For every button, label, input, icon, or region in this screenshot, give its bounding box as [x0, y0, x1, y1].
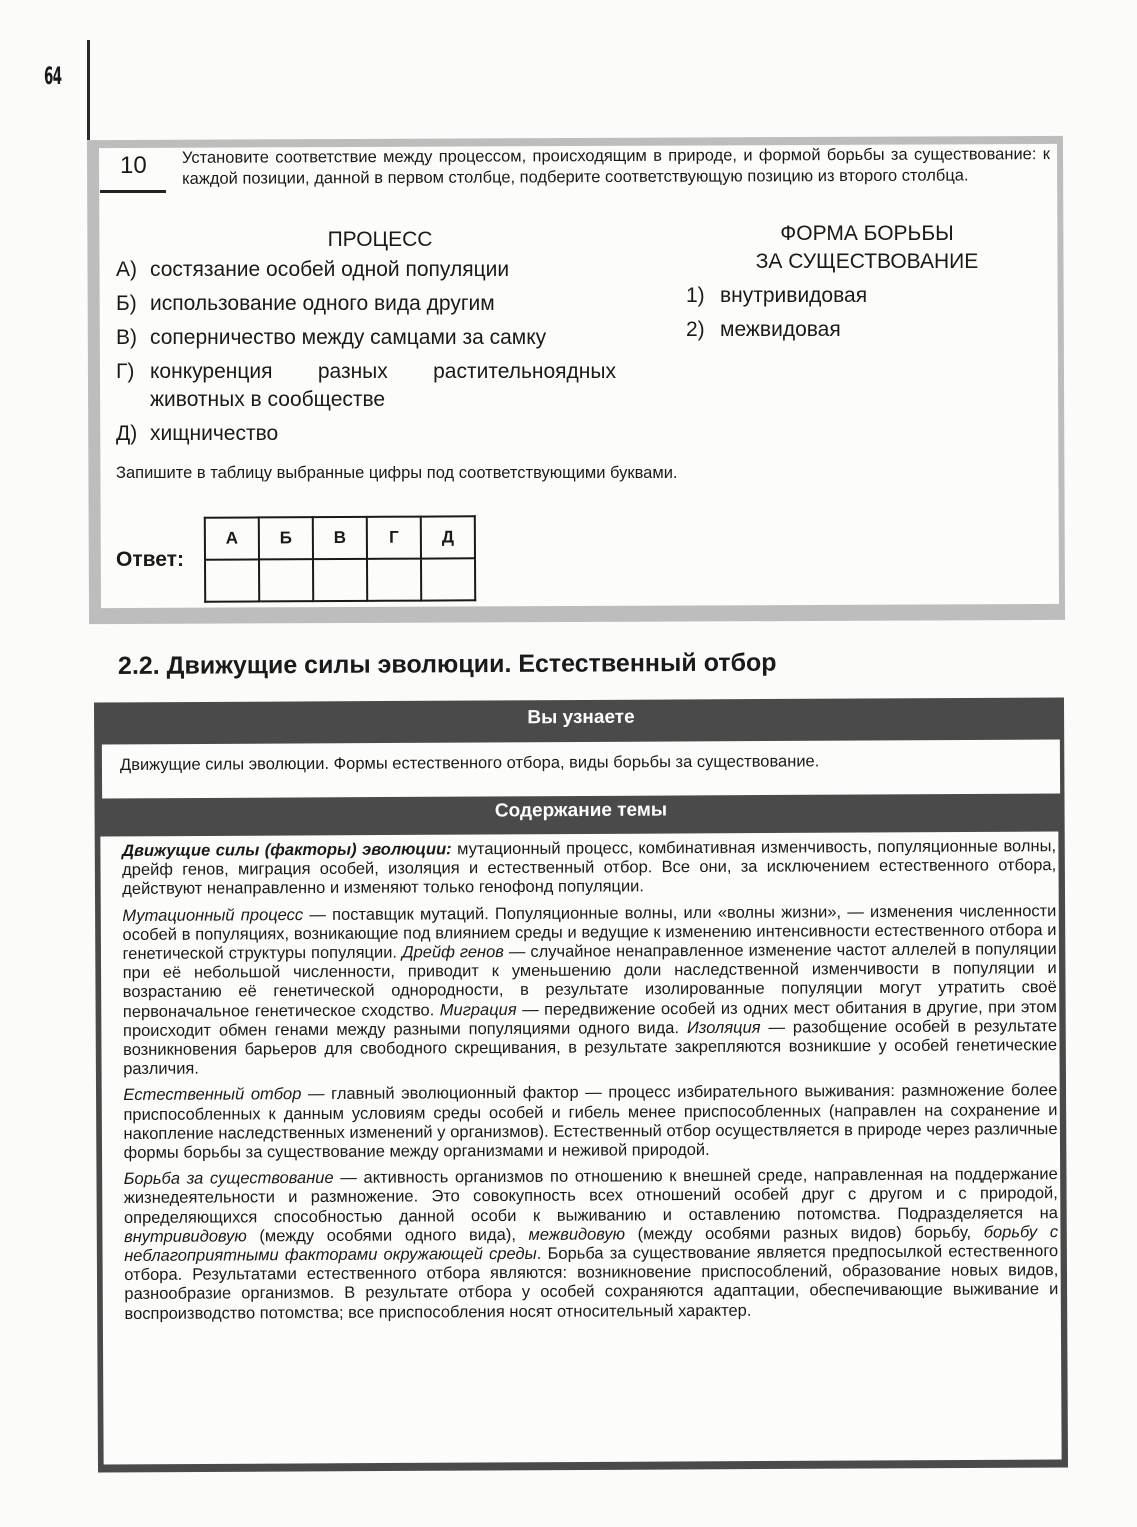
- term-isolation: Изоляция: [687, 1018, 761, 1036]
- answer-column-v: В: [313, 517, 367, 559]
- process-text: конкуренция разных растительноядных живо…: [150, 358, 616, 414]
- process-letter: Б): [116, 290, 150, 318]
- form-list: 1) внутривидовая 2) межвидовая: [686, 282, 867, 350]
- answer-table: А Б В Г Д: [204, 515, 476, 602]
- answer-column-b: Б: [259, 517, 313, 559]
- process-letter: А): [116, 256, 150, 284]
- term-drift: Дрейф генов: [402, 943, 504, 962]
- term-struggle: Борьба за существование: [124, 1169, 334, 1188]
- process-item: Г) конкуренция разных растительноядных ж…: [116, 358, 616, 414]
- answer-cell-v[interactable]: [313, 559, 367, 601]
- paragraph-factors: Мутационный процесс — поставщик мутаций.…: [122, 902, 1057, 1080]
- process-list: А) состязание особей одной популяции Б) …: [116, 256, 626, 454]
- form-item: 1) внутривидовая: [686, 282, 867, 310]
- term-driving-forces: Движущие силы (факторы) эволюции:: [122, 840, 452, 860]
- form-item: 2) межвидовая: [686, 316, 867, 344]
- page-number: 64: [44, 62, 61, 90]
- learn-text: Движущие силы эволюции. Формы естественн…: [120, 752, 819, 775]
- term-interspecific: межвидовую: [528, 1225, 625, 1244]
- term-natural-selection: Естественный отбор: [123, 1086, 301, 1105]
- form-text: внутривидовая: [720, 282, 867, 310]
- answer-label: Ответ:: [116, 548, 184, 572]
- term-migration: Миграция: [440, 1001, 517, 1019]
- section-title: 2.2. Движущие силы эволюции. Естественны…: [118, 649, 777, 681]
- process-text: состязание особей одной популяции: [150, 256, 509, 284]
- process-item: Б) использование одного вида другим: [116, 290, 626, 318]
- process-column-header: ПРОЦЕСС: [300, 228, 460, 252]
- paragraph-text: (между особями разных видов) борьбу,: [625, 1223, 984, 1243]
- answer-column-a: А: [205, 517, 259, 559]
- form-column-header: ФОРМА БОРЬБЫ ЗА СУЩЕСТВОВАНИЕ: [722, 220, 1012, 276]
- answer-cell-b[interactable]: [259, 559, 313, 601]
- form-header-line2: ЗА СУЩЕСТВОВАНИЕ: [722, 248, 1012, 276]
- answer-column-d: Д: [421, 516, 475, 558]
- process-item: В) соперничество между самцами за самку: [116, 324, 626, 352]
- answer-cell-g[interactable]: [367, 559, 421, 601]
- margin-rule: [87, 40, 90, 140]
- task-number-underline: [100, 190, 166, 193]
- paragraph-text: (между особями одного вида),: [247, 1226, 529, 1245]
- answer-header-row: А Б В Г Д: [205, 516, 475, 559]
- process-letter: В): [116, 324, 150, 352]
- content-text: Движущие силы (факторы) эволюции: мутаци…: [122, 837, 1059, 1331]
- answer-cell-d[interactable]: [421, 558, 475, 600]
- answer-cell-a[interactable]: [205, 559, 259, 601]
- task-prompt: Установите соответствие между процессом,…: [182, 144, 1050, 190]
- process-text: хищничество: [150, 420, 278, 448]
- form-text: межвидовая: [720, 316, 841, 344]
- answer-input-row: [205, 558, 475, 601]
- form-number: 2): [686, 316, 720, 344]
- paragraph-driving-forces: Движущие силы (факторы) эволюции: мутаци…: [122, 837, 1056, 899]
- process-letter: Д): [116, 420, 150, 448]
- term-mutation: Мутационный процесс: [122, 906, 303, 925]
- process-item: А) состязание особей одной популяции: [116, 256, 626, 284]
- task-instruction: Запишите в таблицу выбранные цифры под с…: [116, 464, 678, 483]
- answer-column-g: Г: [367, 517, 421, 559]
- task-number: 10: [120, 152, 147, 180]
- process-item: Д) хищничество: [116, 420, 626, 448]
- form-header-line1: ФОРМА БОРЬБЫ: [722, 220, 1012, 248]
- process-text: соперничество между самцами за самку: [150, 324, 546, 352]
- paragraph-struggle: Борьба за существование — активность орг…: [124, 1165, 1059, 1324]
- process-text: использование одного вида другим: [150, 290, 495, 318]
- paragraph-natural-selection: Естественный отбор — главный эволюционны…: [123, 1082, 1057, 1164]
- process-letter: Г): [116, 358, 150, 414]
- term-intraspecific: внутривидовую: [124, 1227, 247, 1246]
- form-number: 1): [686, 282, 720, 310]
